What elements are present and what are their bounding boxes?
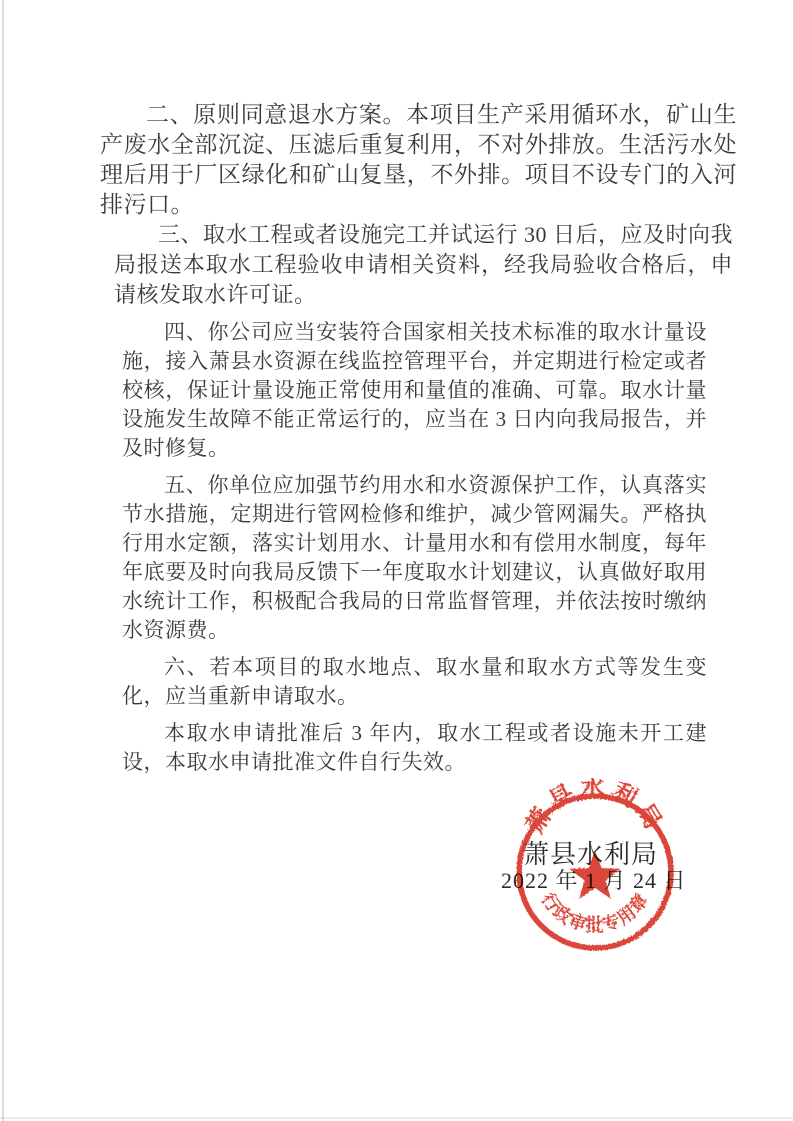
seal-arc-text-top: 萧县水利局 [521,778,669,838]
paragraph: 本取水申请批准后 3 年内，取水工程或者设施未开工建设，本取水申请批准文件自行失… [122,719,707,777]
paragraph: 六、若本项目的取水地点、取水量和取水方式等发生变化，应当重新申请取水。 [122,653,707,711]
paragraph: 二、原则同意退水方案。本项目生产采用循环水，矿山生产废水全部沉淀、压滤后重复利用… [100,100,737,220]
scan-edge-artifact [2,0,4,1121]
paragraph: 五、你单位应加强节约用水和水资源保护工作，认真落实节水措施，定期进行管网检修和维… [122,471,707,645]
seal-arc-text-bottom: 行政审批专用章 [537,889,652,936]
official-seal: 萧县水利局 行政审批专用章 [505,778,695,968]
svg-text:行政审批专用章: 行政审批专用章 [537,889,652,936]
scan-edge-artifact [0,1117,793,1119]
paragraph: 三、取水工程或者设施完工并试运行 30 日后，应及时向我局报送本取水工程验收申请… [114,220,733,310]
document-body: 二、原则同意退水方案。本项目生产采用循环水，矿山生产废水全部沉淀、压滤后重复利用… [100,100,737,777]
paragraph: 四、你公司应当安装符合国家相关技术标准的取水计量设施，接入萧县水资源在线监控管理… [122,318,707,463]
scanned-document-page: { "document": { "paragraphs": [ "二、原则同意退… [0,0,793,1121]
star-icon [569,850,620,899]
svg-text:萧县水利局: 萧县水利局 [521,778,669,838]
